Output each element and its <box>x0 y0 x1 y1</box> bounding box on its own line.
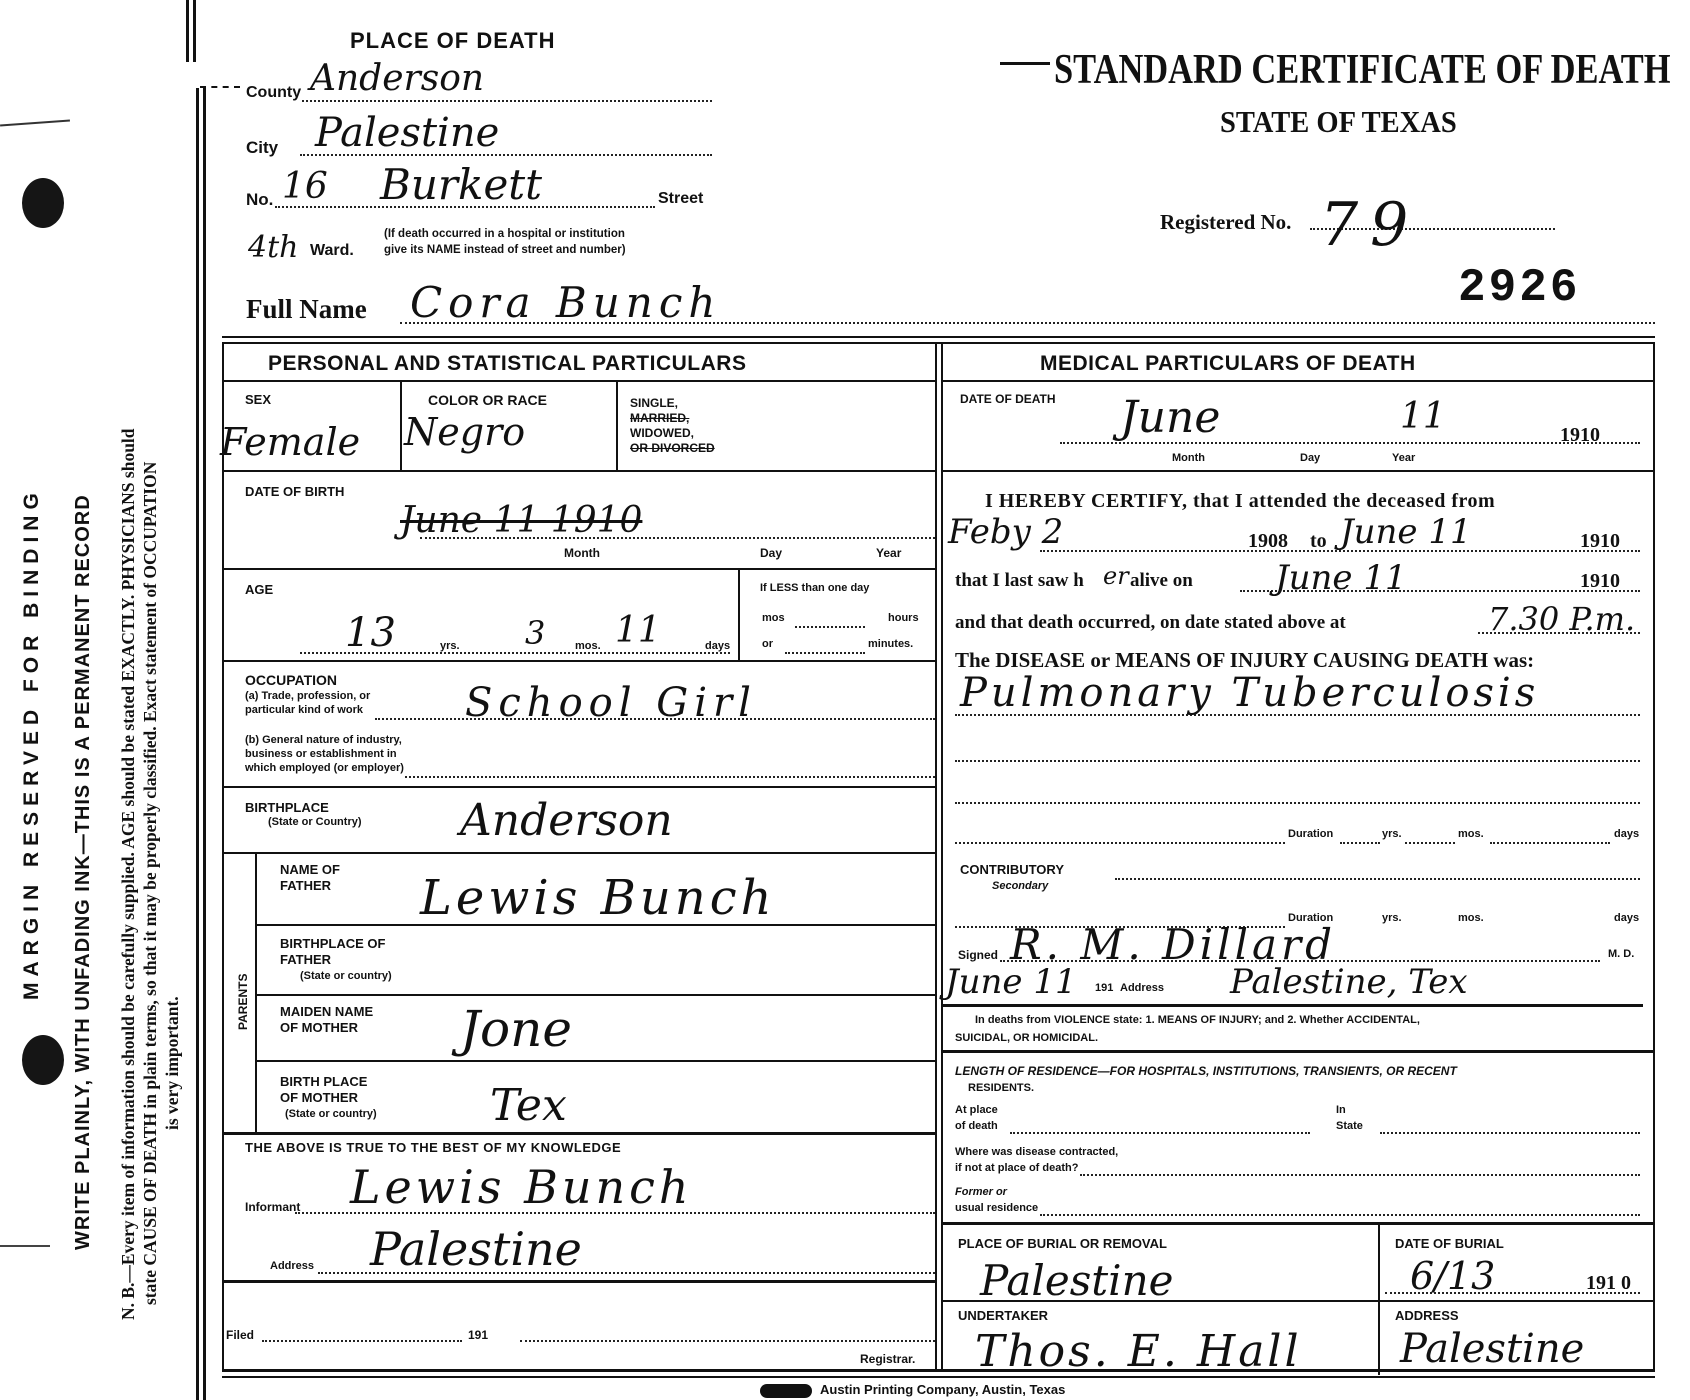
in-state-label-1: In <box>1336 1104 1346 1116</box>
certify-statement: I HEREBY CERTIFY, that I attended the de… <box>985 490 1495 513</box>
marital-widowed[interactable]: WIDOWED, <box>630 426 694 440</box>
nb-note-line-1: N. B.—Every item of information should b… <box>118 428 139 1320</box>
mother-name-label-1: MAIDEN NAME <box>280 1004 373 1019</box>
occupation-a-line-1: (a) Trade, profession, or <box>245 690 370 702</box>
age-days-value[interactable]: 11 <box>615 610 661 651</box>
nb-note-line-2: state CAUSE OF DEATH in plain terms, so … <box>140 462 161 1305</box>
burial-year-value[interactable]: 191 0 <box>1586 1272 1631 1295</box>
mother-birthplace-label-2: OF MOTHER <box>280 1090 358 1105</box>
occupation-b-line-3: which employed (or employer) <box>245 762 404 774</box>
father-birthplace-label-1: BIRTHPLACE OF <box>280 936 385 951</box>
contributory-label: CONTRIBUTORY <box>960 862 1064 877</box>
birthplace-sub: (State or Country) <box>268 816 362 828</box>
registered-no-value[interactable]: 79 <box>1320 190 1420 260</box>
death-time-value[interactable]: 7.30 P.m. <box>1488 600 1635 638</box>
attended-from-value[interactable]: Feby 2 <box>948 512 1063 552</box>
certificate-title: STANDARD CERTIFICATE OF DEATH <box>1054 46 1671 94</box>
attended-to-year[interactable]: 1910 <box>1580 530 1620 553</box>
informant-label: Informant <box>245 1200 300 1214</box>
parents-label: PARENTS <box>236 974 250 1030</box>
hospital-note-1: (If death occurred in a hospital or inst… <box>384 228 625 240</box>
place-of-death-title: PLACE OF DEATH <box>350 28 555 54</box>
ward-value[interactable]: 4th <box>248 230 298 265</box>
father-birthplace-sub: (State or country) <box>300 970 392 982</box>
attended-from-year[interactable]: 1908 <box>1248 530 1288 553</box>
occupation-b-line-2: business or establishment in <box>245 748 397 760</box>
registered-no-label: Registered No. <box>1160 210 1291 235</box>
age-days-label: days <box>705 640 730 652</box>
binding-hole-top <box>22 178 64 228</box>
registrar-label: Registrar. <box>860 1352 915 1366</box>
last-saw-pronoun[interactable]: er <box>1103 562 1129 590</box>
minutes-label: minutes. <box>868 638 913 650</box>
binding-margin-notice: MARGIN RESERVED FOR BINDING <box>20 487 44 1000</box>
undertaker-address-label: ADDRESS <box>1395 1308 1459 1323</box>
occupation-b-line-1: (b) General nature of industry, <box>245 734 402 746</box>
burial-date-value[interactable]: 6/13 <box>1410 1254 1495 1298</box>
street-number-value[interactable]: 16 <box>282 166 328 207</box>
age-years-label: yrs. <box>440 640 460 652</box>
mother-name-label-2: OF MOTHER <box>280 1020 358 1035</box>
death-month-label: Month <box>1172 452 1205 464</box>
cause-of-death-value[interactable]: Pulmonary Tuberculosis <box>960 670 1539 716</box>
contributory-duration-yrs: yrs. <box>1382 912 1402 924</box>
father-birthplace-label-2: FATHER <box>280 952 331 967</box>
contributory-duration-days: days <box>1614 912 1639 924</box>
state-title: STATE OF TEXAS <box>1220 104 1457 140</box>
informant-address-label: Address <box>270 1260 314 1272</box>
filed-year-label: 191 <box>468 1328 488 1342</box>
in-state-label-2: State <box>1336 1120 1363 1132</box>
residence-title: LENGTH OF RESIDENCE—FOR HOSPITALS, INSTI… <box>955 1064 1457 1078</box>
at-place-label-1: At place <box>955 1104 998 1116</box>
contributory-sub: Secondary <box>992 880 1048 892</box>
death-time-prefix: and that death occurred, on date stated … <box>955 612 1346 634</box>
burial-place-label: PLACE OF BURIAL OR REMOVAL <box>958 1236 1167 1251</box>
residence-title-2: RESIDENTS. <box>968 1082 1034 1094</box>
at-place-label-2: of death <box>955 1120 998 1132</box>
ward-label: Ward. <box>310 242 354 260</box>
informant-address-value[interactable]: Palestine <box>370 1222 582 1276</box>
death-month-value[interactable]: June <box>1120 392 1220 443</box>
city-value[interactable]: Palestine <box>315 110 499 156</box>
last-saw-date-value[interactable]: June 11 <box>1275 558 1407 598</box>
age-months-value[interactable]: 3 <box>525 614 545 652</box>
race-label: COLOR OR RACE <box>428 392 547 408</box>
mother-maiden-name-value[interactable]: Jone <box>460 1000 572 1058</box>
signed-year-label: 191 <box>1095 982 1113 994</box>
city-label: City <box>246 138 278 158</box>
street-label: Street <box>658 190 703 208</box>
death-day-label: Day <box>1300 452 1320 464</box>
file-number: 2926 <box>1458 262 1580 314</box>
birthplace-label: BIRTHPLACE <box>245 800 329 815</box>
hours-prefix: mos <box>762 612 785 624</box>
date-of-death-label: DATE OF DEATH <box>960 392 1056 406</box>
contributory-duration-mos: mos. <box>1458 912 1484 924</box>
county-value[interactable]: Anderson <box>310 58 484 99</box>
former-residence-label-1: Former or <box>955 1186 1007 1198</box>
cause-duration-label: Duration <box>1288 828 1333 840</box>
attestation-text: THE ABOVE IS TRUE TO THE BEST OF MY KNOW… <box>245 1140 621 1155</box>
attended-to-label: to <box>1310 530 1327 553</box>
marital-divorced[interactable]: OR DIVORCED <box>630 441 715 455</box>
age-label: AGE <box>245 582 273 597</box>
nb-note-line-3: is very important. <box>162 996 183 1130</box>
attended-to-value[interactable]: June 11 <box>1340 512 1472 552</box>
occupation-label: OCCUPATION <box>245 672 337 688</box>
violence-note-2: SUICIDAL, OR HOMICIDAL. <box>955 1032 1098 1044</box>
death-day-value[interactable]: 11 <box>1400 396 1446 437</box>
street-number-label: No. <box>246 190 273 210</box>
dob-day-label: Day <box>760 546 782 560</box>
birthplace-value[interactable]: Anderson <box>460 795 673 846</box>
mother-birthplace-value[interactable]: Tex <box>490 1080 567 1131</box>
dob-month-label: Month <box>564 546 600 560</box>
dob-year-label: Year <box>876 546 901 560</box>
medical-section-title: MEDICAL PARTICULARS OF DEATH <box>1040 352 1416 376</box>
father-name-label-2: FATHER <box>280 878 331 893</box>
printer-credit: Austin Printing Company, Austin, Texas <box>820 1382 1065 1397</box>
signed-address-value[interactable]: Palestine, Tex <box>1230 962 1468 1002</box>
minutes-prefix: or <box>762 638 773 650</box>
last-saw-year[interactable]: 1910 <box>1580 570 1620 593</box>
less-than-day-label: If LESS than one day <box>760 582 869 594</box>
sex-value[interactable]: Female <box>220 420 360 464</box>
permanent-record-notice: WRITE PLAINLY, WITH UNFADING INK—THIS IS… <box>72 494 95 1250</box>
cause-duration-days: days <box>1614 828 1639 840</box>
contracted-label-2: if not at place of death? <box>955 1162 1078 1174</box>
hospital-note-2: give its NAME instead of street and numb… <box>384 244 626 256</box>
cause-duration-mos: mos. <box>1458 828 1484 840</box>
father-name-label-1: NAME OF <box>280 862 340 877</box>
full-name-value[interactable]: Cora Bunch <box>410 278 721 327</box>
undertaker-address-value[interactable]: Palestine <box>1400 1326 1584 1372</box>
mother-birthplace-sub: (State or country) <box>285 1108 377 1120</box>
sex-label: SEX <box>245 392 271 407</box>
filed-label: Filed <box>226 1328 254 1342</box>
signed-address-label: Address <box>1120 982 1164 994</box>
former-residence-label-2: usual residence <box>955 1202 1038 1214</box>
burial-date-label: DATE OF BURIAL <box>1395 1236 1504 1251</box>
last-saw-prefix: that I last saw h <box>955 570 1084 592</box>
race-value[interactable]: Negro <box>404 410 525 454</box>
street-name-value[interactable]: Burkett <box>380 160 542 209</box>
contracted-label-1: Where was disease contracted, <box>955 1146 1118 1158</box>
signed-label: Signed <box>958 948 998 962</box>
dob-label: DATE OF BIRTH <box>245 484 344 499</box>
md-label: M. D. <box>1608 948 1634 960</box>
age-years-value[interactable]: 13 <box>345 610 396 656</box>
printer-logo-icon <box>760 1384 812 1398</box>
signed-date-value[interactable]: June 11 <box>945 962 1077 1002</box>
binding-hole-bottom <box>22 1035 64 1085</box>
marital-married[interactable]: MARRIED, <box>630 411 689 425</box>
age-months-label: mos. <box>575 640 601 652</box>
marital-single[interactable]: SINGLE, <box>630 396 678 410</box>
informant-value[interactable]: Lewis Bunch <box>350 1160 693 1214</box>
personal-section-title: PERSONAL AND STATISTICAL PARTICULARS <box>268 352 746 376</box>
hours-label: hours <box>888 612 919 624</box>
undertaker-label: UNDERTAKER <box>958 1308 1048 1323</box>
death-year-value[interactable]: 1910 <box>1560 424 1600 447</box>
burial-place-value[interactable]: Palestine <box>980 1256 1173 1305</box>
violence-note-1: In deaths from VIOLENCE state: 1. MEANS … <box>975 1014 1420 1026</box>
mother-birthplace-label-1: BIRTH PLACE <box>280 1074 367 1089</box>
father-name-value[interactable]: Lewis Bunch <box>420 870 776 926</box>
occupation-value[interactable]: School Girl <box>465 680 757 726</box>
death-year-label: Year <box>1392 452 1415 464</box>
full-name-label: Full Name <box>246 294 367 325</box>
county-label: County <box>246 84 301 102</box>
dob-value[interactable]: June 11 1910 <box>400 500 642 541</box>
occupation-a-line-2: particular kind of work <box>245 704 363 716</box>
cause-duration-yrs: yrs. <box>1382 828 1402 840</box>
last-saw-suffix: alive on <box>1130 570 1193 592</box>
